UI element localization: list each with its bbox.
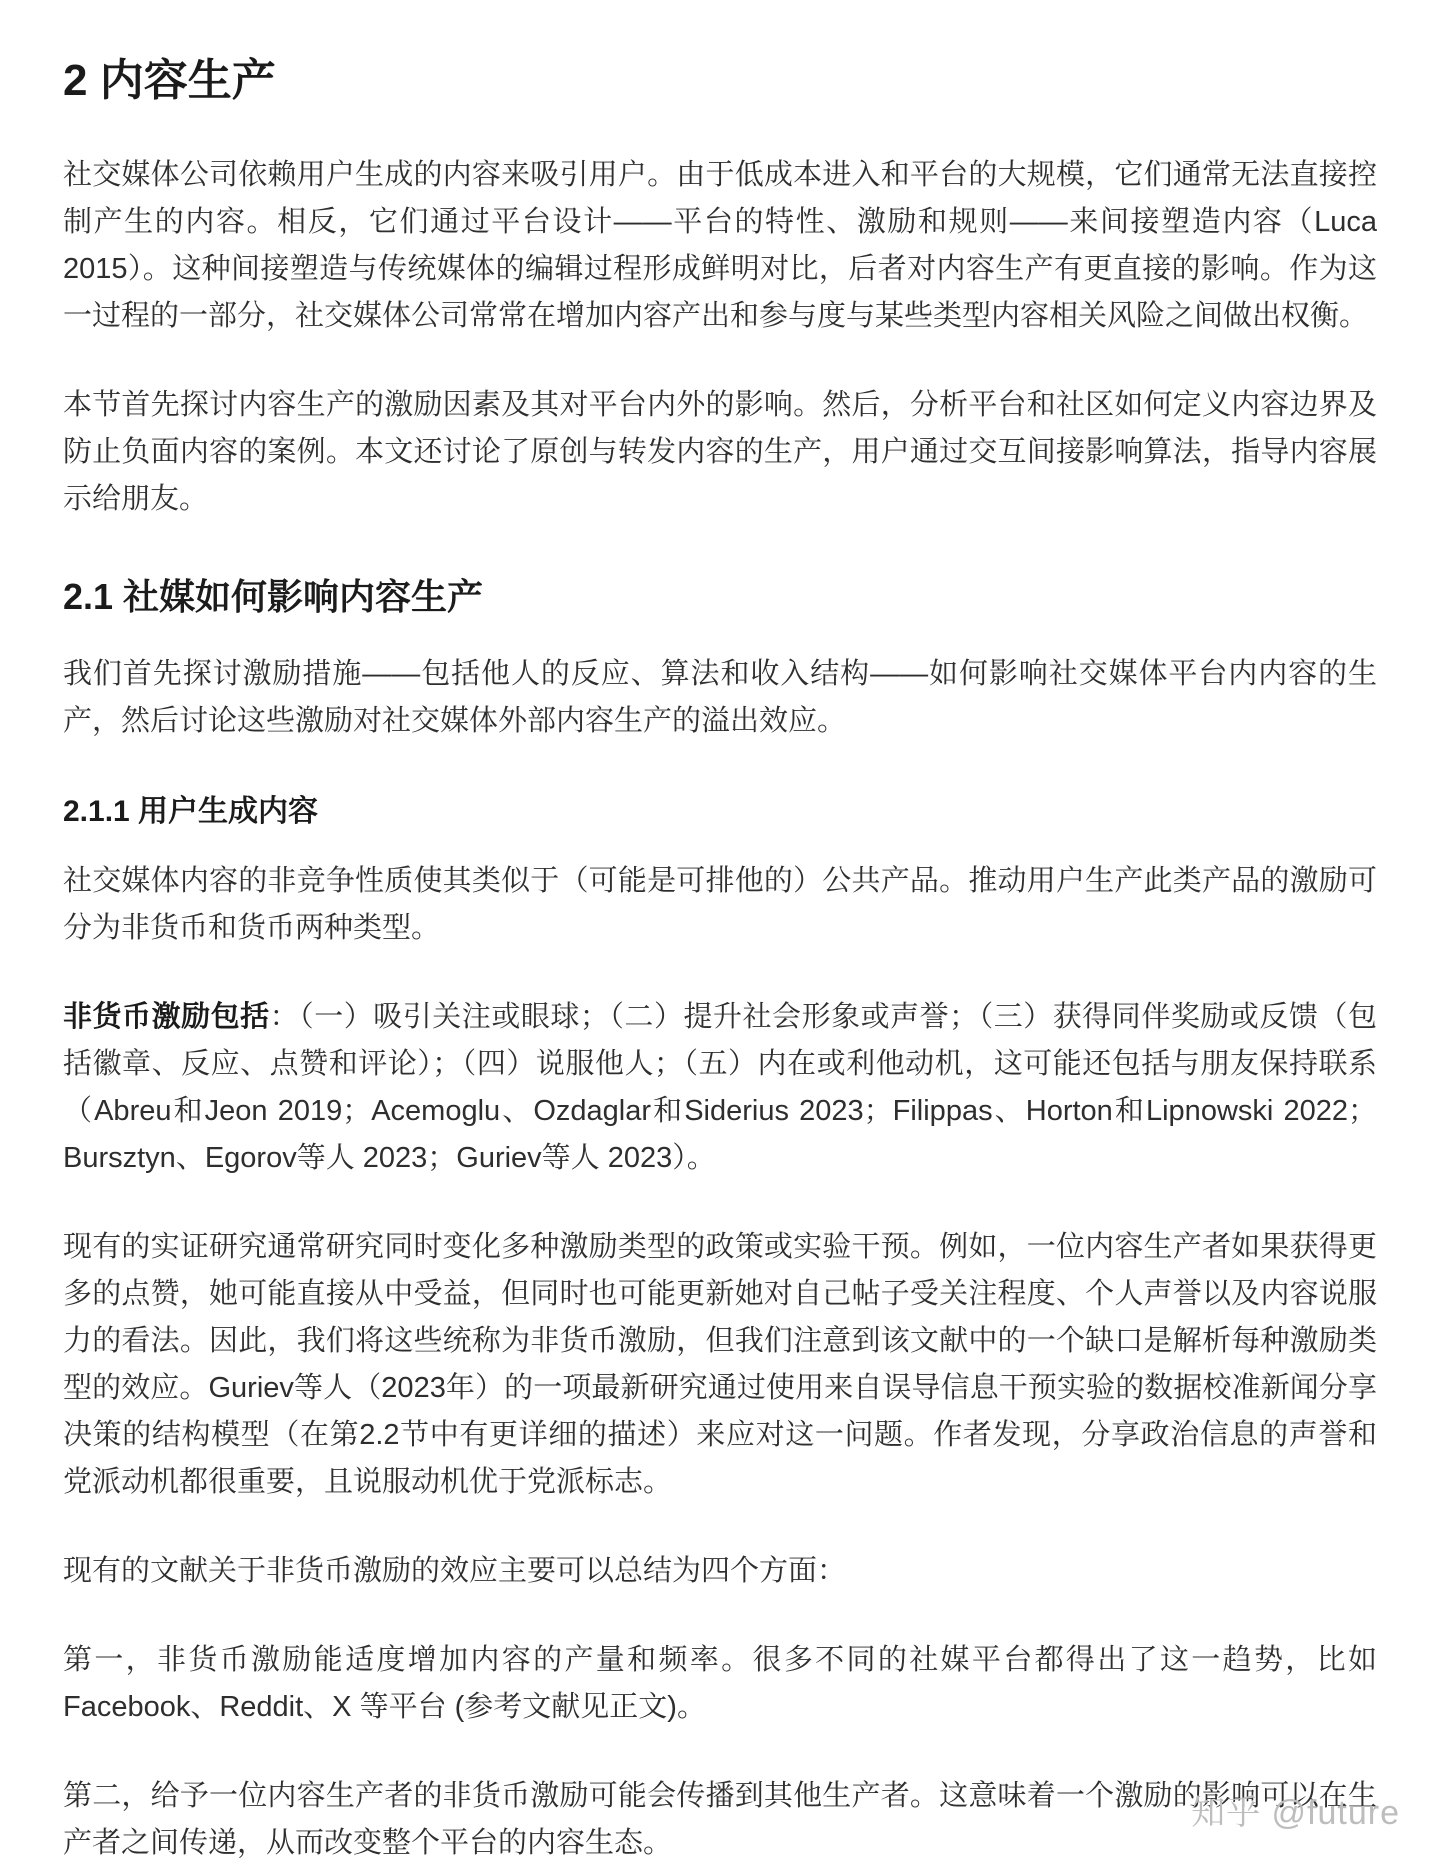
subsubsection-title-2-1-1: 2.1.1 用户生成内容 (63, 795, 1377, 828)
subsection-title-2-1: 2.1 社媒如何影响内容生产 (63, 577, 1377, 617)
zhihu-watermark: 知乎 @future (1191, 1785, 1400, 1834)
paragraph-ugc-nature: 社交媒体内容的非竞争性质使其类似于（可能是可排他的）公共产品。推动用户生产此类产… (63, 858, 1377, 952)
paragraph-empirical-research: 现有的实证研究通常研究同时变化多种激励类型的政策或实验干预。例如，一位内容生产者… (63, 1224, 1377, 1506)
article-body: 2 内容生产 社交媒体公司依赖用户生成的内容来吸引用户。由于低成本进入和平台的大… (63, 58, 1377, 1864)
paragraph-four-aspects-lead: 现有的文献关于非货币激励的效应主要可以总结为四个方面： (63, 1548, 1377, 1595)
document-page: 2 内容生产 社交媒体公司依赖用户生成的内容来吸引用户。由于低成本进入和平台的大… (0, 0, 1440, 1864)
paragraph-2-1-intro: 我们首先探讨激励措施——包括他人的反应、算法和收入结构——如何影响社交媒体平台内… (63, 651, 1377, 745)
section-title: 2 内容生产 (63, 58, 1377, 104)
paragraph-nonmonetary-incentives: 非货币激励包括：（一）吸引关注或眼球；（二）提升社会形象或声誉；（三）获得同伴奖… (63, 994, 1377, 1182)
bold-lead-nonmonetary: 非货币激励包括 (63, 1001, 270, 1033)
paragraph-aspect-two: 第二，给予一位内容生产者的非货币激励可能会传播到其他生产者。这意味着一个激励的影… (63, 1773, 1377, 1864)
paragraph-intro-1: 社交媒体公司依赖用户生成的内容来吸引用户。由于低成本进入和平台的大规模，它们通常… (63, 152, 1377, 340)
paragraph-intro-2: 本节首先探讨内容生产的激励因素及其对平台内外的影响。然后，分析平台和社区如何定义… (63, 382, 1377, 523)
paragraph-aspect-one: 第一，非货币激励能适度增加内容的产量和频率。很多不同的社媒平台都得出了这一趋势，… (63, 1637, 1377, 1731)
